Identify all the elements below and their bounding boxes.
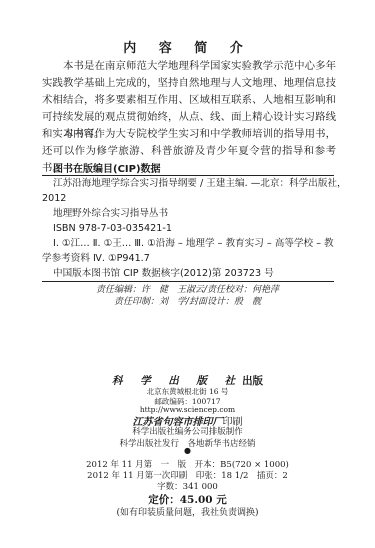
production-credits: 责任印制：刘 学/封面设计：殷 靓 <box>0 294 375 307</box>
cip-line-classification-cont: 学参考资料 Ⅳ. ①P941.7 <box>42 251 336 266</box>
typeset-info: 科学出版社编务公司排版制作 <box>0 425 375 437</box>
quality-note: (如有印装质量问题，我社负责调换) <box>0 505 375 518</box>
cip-line-year: 2012 <box>42 191 336 206</box>
separator-dot: ● <box>0 446 375 455</box>
summary-title: 内 容 简 介 <box>0 37 375 56</box>
cip-line-isbn: ISBN 978-7-03-035421-1 <box>42 221 336 236</box>
cip-block: 江苏沿海地理学综合实习指导纲要 / 王建主编. —北京：科学出版社， 2012 … <box>42 176 336 281</box>
cip-line-title: 江苏沿海地理学综合实习指导纲要 / 王建主编. —北京：科学出版社， <box>42 176 336 191</box>
cip-line-series: 地理野外综合实习指导丛书 <box>42 206 336 221</box>
word-count: 字数：341 000 <box>0 480 375 492</box>
cip-line-classification: Ⅰ. ①江… Ⅱ. ①王… Ⅲ. ①沿海 – 地理学 – 教育实习 – 高等学校… <box>42 236 336 251</box>
cip-record-number: 中国版本图书馆 CIP 数据核字(2012)第 203723 号 <box>42 266 336 281</box>
cip-heading: 图书在版编目(CIP)数据 <box>53 160 161 175</box>
